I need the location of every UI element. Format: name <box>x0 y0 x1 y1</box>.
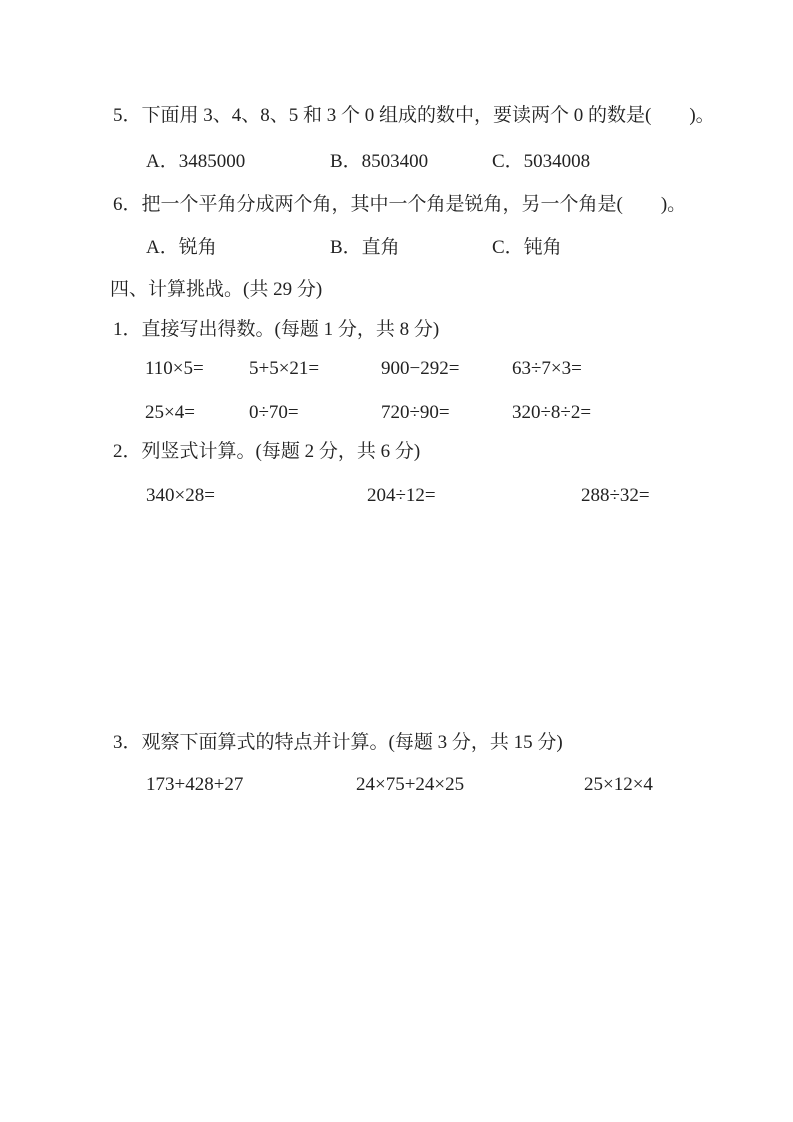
vertical-calc-row: 340×28= 204÷12= 288÷32= <box>0 484 793 510</box>
section-4-title: 四、计算挑战。(共 29 分) <box>110 278 322 302</box>
question-5-option-b: B．8503400 <box>330 150 428 174</box>
oral-calc-expression: 320÷8÷2= <box>512 401 591 425</box>
oral-calc-expression: 110×5= <box>145 357 204 381</box>
question-6: 6．把一个平角分成两个角，其中一个角是锐角，另一个角是( )。 <box>0 193 793 219</box>
question-6-option-c: C．钝角 <box>492 236 562 260</box>
question-5-stem: 5．下面用 3、4、8、5 和 3 个 0 组成的数中，要读两个 0 的数是( … <box>113 104 715 128</box>
question-5-option-c: C．5034008 <box>492 150 590 174</box>
smart-calc-expression: 24×75+24×25 <box>356 773 464 797</box>
oral-calc-row-1: 110×5= 5+5×21= 900−292= 63÷7×3= <box>0 357 793 383</box>
question-6-option-b: B．直角 <box>330 236 400 260</box>
oral-calc-expression: 5+5×21= <box>249 357 319 381</box>
question-5: 5．下面用 3、4、8、5 和 3 个 0 组成的数中，要读两个 0 的数是( … <box>0 104 793 130</box>
oral-calc-expression: 0÷70= <box>249 401 299 425</box>
oral-calc-row-2: 25×4= 0÷70= 720÷90= 320÷8÷2= <box>0 401 793 427</box>
question-6-options: A．锐角 B．直角 C．钝角 <box>0 236 793 262</box>
vertical-calc-expression: 288÷32= <box>581 484 650 508</box>
question-5-options: A．3485000 B．8503400 C．5034008 <box>0 150 793 176</box>
part-1-title: 1．直接写出得数。(每题 1 分，共 8 分) <box>113 318 439 342</box>
part-2-title: 2．列竖式计算。(每题 2 分，共 6 分) <box>113 440 420 464</box>
part-3-header: 3．观察下面算式的特点并计算。(每题 3 分，共 15 分) <box>0 731 793 757</box>
vertical-calc-expression: 340×28= <box>146 484 215 508</box>
section-4-header: 四、计算挑战。(共 29 分) <box>0 278 793 304</box>
oral-calc-expression: 720÷90= <box>381 401 450 425</box>
part-1-header: 1．直接写出得数。(每题 1 分，共 8 分) <box>0 318 793 344</box>
smart-calc-expression: 173+428+27 <box>146 773 243 797</box>
smart-calc-expression: 25×12×4 <box>584 773 653 797</box>
oral-calc-expression: 25×4= <box>145 401 195 425</box>
smart-calc-row: 173+428+27 24×75+24×25 25×12×4 <box>0 773 793 799</box>
vertical-calc-expression: 204÷12= <box>367 484 436 508</box>
part-2-header: 2．列竖式计算。(每题 2 分，共 6 分) <box>0 440 793 466</box>
oral-calc-expression: 900−292= <box>381 357 459 381</box>
math-test-paper-page: 5．下面用 3、4、8、5 和 3 个 0 组成的数中，要读两个 0 的数是( … <box>0 0 793 1122</box>
question-6-stem: 6．把一个平角分成两个角，其中一个角是锐角，另一个角是( )。 <box>113 193 686 217</box>
oral-calc-expression: 63÷7×3= <box>512 357 582 381</box>
question-5-option-a: A．3485000 <box>146 150 245 174</box>
question-6-option-a: A．锐角 <box>146 236 217 260</box>
part-3-title: 3．观察下面算式的特点并计算。(每题 3 分，共 15 分) <box>113 731 563 755</box>
